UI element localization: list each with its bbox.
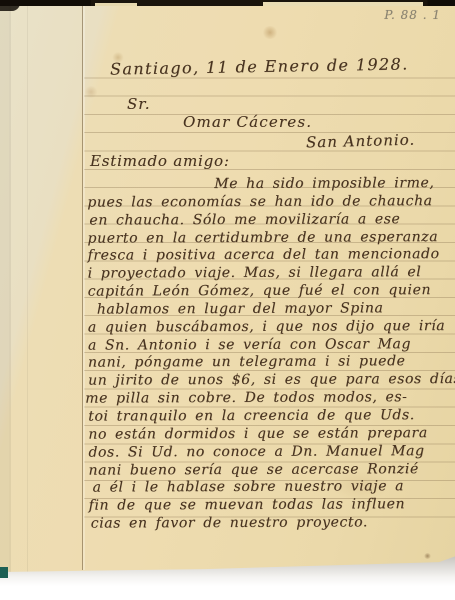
paper-stain [262, 26, 278, 39]
body-line: nani bueno sería que se acercase Ronzié [0, 461, 455, 481]
scan-top-edge-paper-patch [263, 2, 423, 6]
body-line: a él i le hablase sobre nuestro viaje a [1, 478, 455, 498]
recipient-place: San Antonio. [306, 131, 416, 152]
body-line: a quien buscábamos, i que nos dijo que i… [0, 318, 455, 338]
body-line: nani, póngame un telegrama i si puede [0, 353, 455, 373]
body-line: fin de que se muevan todas las influen [1, 496, 455, 516]
body-line: hablamos en lugar del mayor Spina [0, 300, 455, 320]
paper-stain [84, 86, 98, 98]
body-line: a Sn. Antonio i se vería con Oscar Mag [0, 336, 455, 356]
body-line: fresca i positiva acerca del tan mencion… [0, 246, 455, 266]
teal-corner-mark [0, 567, 8, 578]
body-line: un jirito de unos $6, si es que para eso… [0, 371, 455, 391]
body-line: toi tranquilo en la creencia de que Uds. [0, 407, 455, 427]
recipient-prefix: Sr. [127, 95, 151, 113]
archive-pencil-annotation: P. 88 . 1 [384, 8, 441, 22]
body-line: Me ha sido imposible irme, [0, 175, 454, 195]
body-line: i proyectado viaje. Mas, si llegara allá… [0, 264, 455, 284]
body-line: puerto en la certidumbre de una esperanz… [0, 229, 455, 249]
scan-top-edge [0, 0, 455, 6]
body-line: no están dormidos i que se están prepara [0, 425, 455, 445]
body-line: capitán León Gómez, que fué el con quien [0, 282, 455, 302]
paper-stain [424, 553, 431, 559]
body-line: en chaucha. Sólo me movilizaría a ese [0, 211, 454, 231]
body-line: dos. Si Ud. no conoce a Dn. Manuel Mag [0, 443, 455, 463]
scan-top-edge-paper-patch [95, 3, 137, 6]
salutation: Estimado amigo: [90, 152, 230, 170]
scanned-letter-page: Santiago, 11 de Enero de 1928. Sr. Omar … [0, 0, 455, 600]
recipient-name: Omar Cáceres. [183, 113, 312, 131]
letter-paper: Santiago, 11 de Enero de 1928. Sr. Omar … [0, 0, 455, 576]
body-line: me pilla sin cobre. De todos modos, es- [0, 389, 455, 409]
body-line: pues las economías se han ido de chaucha [0, 193, 454, 213]
body-line: cias en favor de nuestro proyecto. [1, 514, 455, 534]
letter-body: Me ha sido imposible irme, pues las econ… [0, 175, 455, 534]
